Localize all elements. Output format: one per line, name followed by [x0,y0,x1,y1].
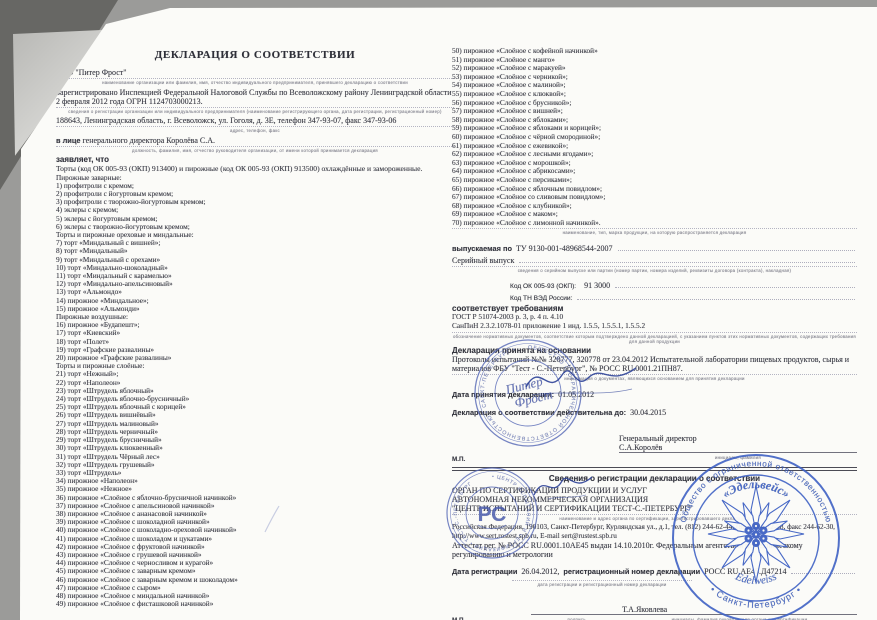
valid-until-row: Декларация о соответствии действительна … [452,402,857,420]
valid-until-label: Декларация о соответствии действительна … [452,408,626,417]
in-person-value: генерального директора Королёва С.А. [83,136,216,145]
declarant-registration: Зарегистрировано Инспекцией Федеральной … [56,88,454,106]
conforms-list: ГОСТ Р 51074-2003 р. 3, р. 4 п. 4.10СанП… [452,313,857,330]
declarant-address: 188643, Ленинградская область, г. Всевол… [56,116,454,125]
serial-row: Серийный выпуск [452,256,857,265]
document-title: ДЕКЛАРАЦИЯ О СООТВЕТСТВИИ [56,49,454,61]
valid-until-value: 30.04.2015 [630,408,666,417]
adoption-date-row: Дата принятия декларации: 01.05.2012 [452,384,857,402]
cert-org-line3: "ЦЕНТР ИСПЫТАНИЙ И СЕРТИФИКАЦИИ ТЕСТ-С.-… [452,504,857,513]
dotted-filler [577,293,855,300]
basis-caption: информация о документах, являющихся осно… [452,374,857,381]
declaration-page: ДЕКЛАРАЦИЯ О СООТВЕТСТВИИ ООО "Питер Фро… [20,7,877,620]
signature-caption: подпись [531,616,622,620]
section-divider [452,467,857,471]
reg-number-value: РОСС RU.АЕ45.Д47214 [704,567,786,576]
registrar-signature-row: М.П. подпись Т.А.Яковлева инициалы, фами… [452,590,857,620]
code-tnved-row: Код ТН ВЭД России: [510,293,857,302]
basis-label: Декларация принята на основании [452,346,857,355]
code-okp-row: Код ОК 005-93 (ОКП): 91 3000 [510,275,857,293]
cert-org-line1: ОРГАН ПО СЕРТИФИКАЦИИ ПРОДУКЦИИ И УСЛУГ [452,486,857,495]
serial-caption: сведения о серийном выпуске или партии (… [452,266,857,273]
in-person-label: в лице [56,136,81,145]
adoption-date-value: 01.05.2012 [558,390,594,399]
registration-section-heading: Сведения о регистрации декларации о соот… [452,474,857,483]
cert-org-address1: Российская Федерация, 190103, Санкт-Пете… [452,523,857,532]
cert-org-address2: http://www.sert.rostest.spb.ru, E-mail s… [452,532,857,541]
list-line: 49) пирожное «Слоёное с фисташковой начи… [56,600,454,608]
conforms-caption: обозначение нормативных документов, соот… [452,332,857,344]
code-okp-value: 91 3000 [584,281,610,290]
reg-number-label: регистрационный номер декларации [563,567,700,576]
declarant-address-caption: адрес, телефон, факс [56,126,454,133]
attestat-line: Аттестат рег. № РОСС RU.0001.10АЕ45 выда… [452,541,857,559]
reg-date-label: Дата регистрации [452,567,517,576]
list-line: СанПиН 2.3.2.1078-01 приложение 1 инд. 1… [452,322,857,331]
right-column: 50) пирожное «Слоёное с кофейной начинко… [452,47,857,620]
registration-date-row: Дата регистрации 26.04.2012, регистрацио… [452,561,857,579]
issued-value: ТУ 9130-001-48968544-2007 [516,244,613,253]
product-list-right: 50) пирожное «Слоёное с кофейной начинко… [452,47,857,227]
dotted-filler [618,244,855,251]
basis-text: Протоколы испытаний №№ 320777, 320778 от… [452,355,857,373]
declarant-name: ООО "Питер Фрост" [56,68,454,77]
director-signature-row: М.П. Генеральный директор С.А.Королёв ин… [452,423,857,463]
director-title: Генеральный директор [619,434,857,443]
director-block: Генеральный директор С.А.Королёв инициал… [619,434,857,463]
dotted-filler [791,567,855,574]
cert-org-caption: наименование и адрес органа по сертифика… [452,514,857,521]
tu-row: выпускаемая по ТУ 9130-001-48968544-2007 [452,238,857,256]
reg-date-value: 26.04.2012, [521,567,559,576]
code-tnved-label: Код ТН ВЭД России: [510,295,572,302]
registrar-name: Т.А.Яковлева [622,605,857,615]
dotted-filler [615,281,855,288]
registrar-signature-line [531,602,622,615]
list-line: 17) торт «Киевский» [56,329,454,337]
registrar-block: Т.А.Яковлева инициалы, фамилия руководит… [622,605,857,620]
declares-label: заявляет, что [56,155,454,164]
director-caption: инициалы, фамилия [619,454,857,460]
cert-org-line2: АВТОНОМНАЯ НЕКОММЕРЧЕСКАЯ ОРГАНИЗАЦИЯ [452,495,857,504]
serial-release: Серийный выпуск [452,256,514,265]
declarant-registration-caption: сведения о регистрации организации или и… [56,107,454,114]
registration-caption: дата регистрации и регистрационный номер… [512,580,692,587]
products-caption: наименование, тип, марка продукции, на к… [452,228,857,235]
dotted-filler [519,256,855,263]
left-column: ДЕКЛАРАЦИЯ О СООТВЕТСТВИИ ООО "Питер Фро… [56,49,454,608]
product-list-left: Пирожные заварные:1) профитроли с кремом… [56,174,454,609]
in-person-line: в лице генерального директора Королёва С… [56,136,454,145]
registrar-caption: инициалы, фамилия руководителя органа по… [622,616,857,620]
adoption-date-label: Дата принятия декларации: [452,390,554,399]
director-name: С.А.Королёв [619,443,857,453]
registrar-signature-block: подпись [531,602,622,620]
issued-label: выпускаемая по [452,244,512,253]
pen-mark [261,504,285,534]
in-person-caption: должность, фамилия, имя, отчество руково… [56,146,454,153]
code-okp-label: Код ОК 005-93 (ОКП): [510,283,576,290]
list-line: 70) пирожное «Слоёное с лимонной начинко… [452,219,857,228]
declarant-name-caption: наименование организации или фамилия, им… [56,78,454,85]
mp-label: М.П. [452,456,465,463]
